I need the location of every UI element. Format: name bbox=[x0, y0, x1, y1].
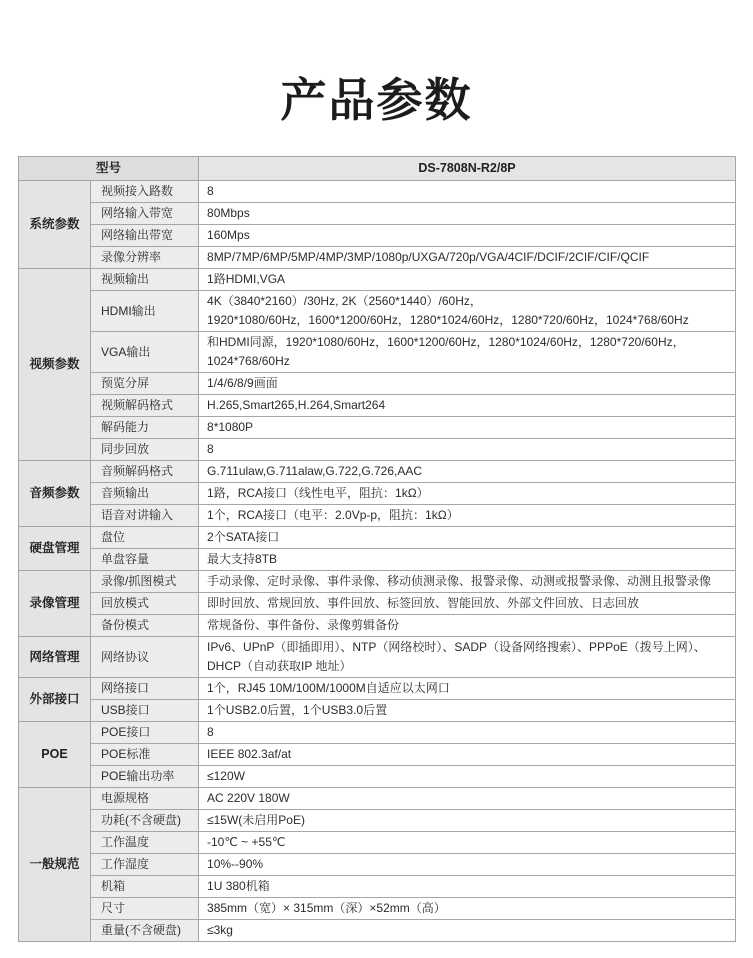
group-cell: 录像管理 bbox=[19, 571, 91, 637]
param-label-cell: 盘位 bbox=[91, 527, 199, 549]
param-value-cell: 8MP/7MP/6MP/5MP/4MP/3MP/1080p/UXGA/720p/… bbox=[199, 247, 736, 269]
spec-row: 网络输出带宽160Mps bbox=[19, 225, 736, 247]
group-cell: 外部接口 bbox=[19, 678, 91, 722]
spec-row: 视频解码格式H.265,Smart265,H.264,Smart264 bbox=[19, 395, 736, 417]
param-value-cell: 10%--90% bbox=[199, 854, 736, 876]
spec-row: 同步回放8 bbox=[19, 439, 736, 461]
param-value-cell: IEEE 802.3af/at bbox=[199, 744, 736, 766]
param-value-cell: 1路，RCA接口（线性电平，阻抗：1kΩ） bbox=[199, 483, 736, 505]
param-label-cell: 工作湿度 bbox=[91, 854, 199, 876]
spec-row: 系统参数视频接入路数8 bbox=[19, 181, 736, 203]
spec-row: 备份模式常规备份、事件备份、录像剪辑备份 bbox=[19, 615, 736, 637]
param-label-cell: 电源规格 bbox=[91, 788, 199, 810]
param-label-cell: 语音对讲输入 bbox=[91, 505, 199, 527]
param-label-cell: 视频解码格式 bbox=[91, 395, 199, 417]
param-label-cell: 功耗(不含硬盘) bbox=[91, 810, 199, 832]
spec-row: 尺寸385mm（宽）× 315mm（深）×52mm（高） bbox=[19, 898, 736, 920]
param-value-cell: 1个，RJ45 10M/100M/1000M自适应以太网口 bbox=[199, 678, 736, 700]
spec-row: 网络管理网络协议IPv6、UPnP（即插即用）、NTP（网络校时）、SADP（设… bbox=[19, 637, 736, 678]
spec-row: 硬盘管理盘位2个SATA接口 bbox=[19, 527, 736, 549]
param-value-cell: 8 bbox=[199, 439, 736, 461]
spec-row: 工作湿度10%--90% bbox=[19, 854, 736, 876]
spec-row: 音频参数音频解码格式G.711ulaw,G.711alaw,G.722,G.72… bbox=[19, 461, 736, 483]
model-header-row: 型号 DS-7808N-R2/8P bbox=[19, 157, 736, 181]
spec-row: VGA输出和HDMI同源，1920*1080/60Hz，1600*1200/60… bbox=[19, 332, 736, 373]
param-value-cell: 160Mps bbox=[199, 225, 736, 247]
param-value-cell: 即时回放、常规回放、事件回放、标签回放、智能回放、外部文件回放、日志回放 bbox=[199, 593, 736, 615]
spec-row: 回放模式即时回放、常规回放、事件回放、标签回放、智能回放、外部文件回放、日志回放 bbox=[19, 593, 736, 615]
param-label-cell: 预览分屏 bbox=[91, 373, 199, 395]
param-value-cell: AC 220V 180W bbox=[199, 788, 736, 810]
spec-row: 重量(不含硬盘)≤3kg bbox=[19, 920, 736, 942]
param-value-cell: 80Mbps bbox=[199, 203, 736, 225]
spec-table-body: 系统参数视频接入路数8网络输入带宽80Mbps网络输出带宽160Mps录像分辨率… bbox=[19, 181, 736, 942]
param-label-cell: VGA输出 bbox=[91, 332, 199, 373]
param-label-cell: 视频输出 bbox=[91, 269, 199, 291]
param-value-cell: 1路HDMI,VGA bbox=[199, 269, 736, 291]
param-label-cell: 音频解码格式 bbox=[91, 461, 199, 483]
param-value-cell: 8 bbox=[199, 181, 736, 203]
param-label-cell: 网络协议 bbox=[91, 637, 199, 678]
param-label-cell: 单盘容量 bbox=[91, 549, 199, 571]
group-cell: 视频参数 bbox=[19, 269, 91, 461]
param-label-cell: 网络接口 bbox=[91, 678, 199, 700]
param-value-cell: -10℃ ~ +55℃ bbox=[199, 832, 736, 854]
param-value-cell: 常规备份、事件备份、录像剪辑备份 bbox=[199, 615, 736, 637]
spec-row: 网络输入带宽80Mbps bbox=[19, 203, 736, 225]
spec-row: 解码能力8*1080P bbox=[19, 417, 736, 439]
spec-row: 预览分屏1/4/6/8/9画面 bbox=[19, 373, 736, 395]
param-value-cell: IPv6、UPnP（即插即用）、NTP（网络校时）、SADP（设备网络搜索）、P… bbox=[199, 637, 736, 678]
param-label-cell: 音频输出 bbox=[91, 483, 199, 505]
param-value-cell: 1/4/6/8/9画面 bbox=[199, 373, 736, 395]
param-label-cell: 重量(不含硬盘) bbox=[91, 920, 199, 942]
group-cell: 网络管理 bbox=[19, 637, 91, 678]
param-value-cell: 4K（3840*2160）/30Hz, 2K（2560*1440）/60Hz， … bbox=[199, 291, 736, 332]
spec-row: 工作温度-10℃ ~ +55℃ bbox=[19, 832, 736, 854]
model-value-cell: DS-7808N-R2/8P bbox=[199, 157, 736, 181]
param-label-cell: POE标准 bbox=[91, 744, 199, 766]
spec-row: POEPOE接口8 bbox=[19, 722, 736, 744]
param-value-cell: 和HDMI同源，1920*1080/60Hz，1600*1200/60Hz，12… bbox=[199, 332, 736, 373]
param-label-cell: USB接口 bbox=[91, 700, 199, 722]
param-value-cell: G.711ulaw,G.711alaw,G.722,G.726,AAC bbox=[199, 461, 736, 483]
param-label-cell: 网络输出带宽 bbox=[91, 225, 199, 247]
param-label-cell: 视频接入路数 bbox=[91, 181, 199, 203]
spec-row: 外部接口网络接口1个，RJ45 10M/100M/1000M自适应以太网口 bbox=[19, 678, 736, 700]
spec-row: 音频输出1路，RCA接口（线性电平，阻抗：1kΩ） bbox=[19, 483, 736, 505]
spec-row: HDMI输出4K（3840*2160）/30Hz, 2K（2560*1440）/… bbox=[19, 291, 736, 332]
spec-row: USB接口1个USB2.0后置，1个USB3.0后置 bbox=[19, 700, 736, 722]
spec-row: 单盘容量最大支持8TB bbox=[19, 549, 736, 571]
spec-row: 录像管理录像/抓图模式手动录像、定时录像、事件录像、移动侦测录像、报警录像、动测… bbox=[19, 571, 736, 593]
param-label-cell: 尺寸 bbox=[91, 898, 199, 920]
param-label-cell: 录像/抓图模式 bbox=[91, 571, 199, 593]
param-label-cell: 工作温度 bbox=[91, 832, 199, 854]
param-label-cell: 录像分辨率 bbox=[91, 247, 199, 269]
product-spec-table: 型号 DS-7808N-R2/8P 系统参数视频接入路数8网络输入带宽80Mbp… bbox=[18, 156, 736, 942]
param-value-cell: 8 bbox=[199, 722, 736, 744]
param-label-cell: 回放模式 bbox=[91, 593, 199, 615]
spec-row: 功耗(不含硬盘)≤15W(未启用PoE) bbox=[19, 810, 736, 832]
param-value-cell: ≤120W bbox=[199, 766, 736, 788]
product-spec-page: 产品参数 型号 DS-7808N-R2/8P 系统参数视频接入路数8网络输入带宽… bbox=[0, 0, 753, 958]
spec-row: POE输出功率≤120W bbox=[19, 766, 736, 788]
param-value-cell: 手动录像、定时录像、事件录像、移动侦测录像、报警录像、动测或报警录像、动测且报警… bbox=[199, 571, 736, 593]
param-label-cell: 解码能力 bbox=[91, 417, 199, 439]
spec-row: 机箱1U 380机箱 bbox=[19, 876, 736, 898]
spec-row: 录像分辨率8MP/7MP/6MP/5MP/4MP/3MP/1080p/UXGA/… bbox=[19, 247, 736, 269]
param-value-cell: 385mm（宽）× 315mm（深）×52mm（高） bbox=[199, 898, 736, 920]
param-label-cell: HDMI输出 bbox=[91, 291, 199, 332]
group-cell: 一般规范 bbox=[19, 788, 91, 942]
param-label-cell: POE接口 bbox=[91, 722, 199, 744]
model-label-cell: 型号 bbox=[19, 157, 199, 181]
group-cell: 系统参数 bbox=[19, 181, 91, 269]
spec-row: 语音对讲输入1个，RCA接口（电平：2.0Vp-p，阻抗：1kΩ） bbox=[19, 505, 736, 527]
group-cell: POE bbox=[19, 722, 91, 788]
param-value-cell: 1U 380机箱 bbox=[199, 876, 736, 898]
param-value-cell: ≤15W(未启用PoE) bbox=[199, 810, 736, 832]
param-label-cell: 同步回放 bbox=[91, 439, 199, 461]
param-value-cell: 2个SATA接口 bbox=[199, 527, 736, 549]
param-value-cell: H.265,Smart265,H.264,Smart264 bbox=[199, 395, 736, 417]
param-label-cell: 机箱 bbox=[91, 876, 199, 898]
spec-row: 一般规范电源规格AC 220V 180W bbox=[19, 788, 736, 810]
param-value-cell: ≤3kg bbox=[199, 920, 736, 942]
spec-row: 视频参数视频输出1路HDMI,VGA bbox=[19, 269, 736, 291]
param-value-cell: 1个USB2.0后置，1个USB3.0后置 bbox=[199, 700, 736, 722]
param-value-cell: 最大支持8TB bbox=[199, 549, 736, 571]
group-cell: 音频参数 bbox=[19, 461, 91, 527]
param-value-cell: 8*1080P bbox=[199, 417, 736, 439]
param-label-cell: POE输出功率 bbox=[91, 766, 199, 788]
spec-row: POE标准IEEE 802.3af/at bbox=[19, 744, 736, 766]
param-value-cell: 1个，RCA接口（电平：2.0Vp-p，阻抗：1kΩ） bbox=[199, 505, 736, 527]
page-title: 产品参数 bbox=[0, 0, 753, 156]
param-label-cell: 网络输入带宽 bbox=[91, 203, 199, 225]
group-cell: 硬盘管理 bbox=[19, 527, 91, 571]
param-label-cell: 备份模式 bbox=[91, 615, 199, 637]
